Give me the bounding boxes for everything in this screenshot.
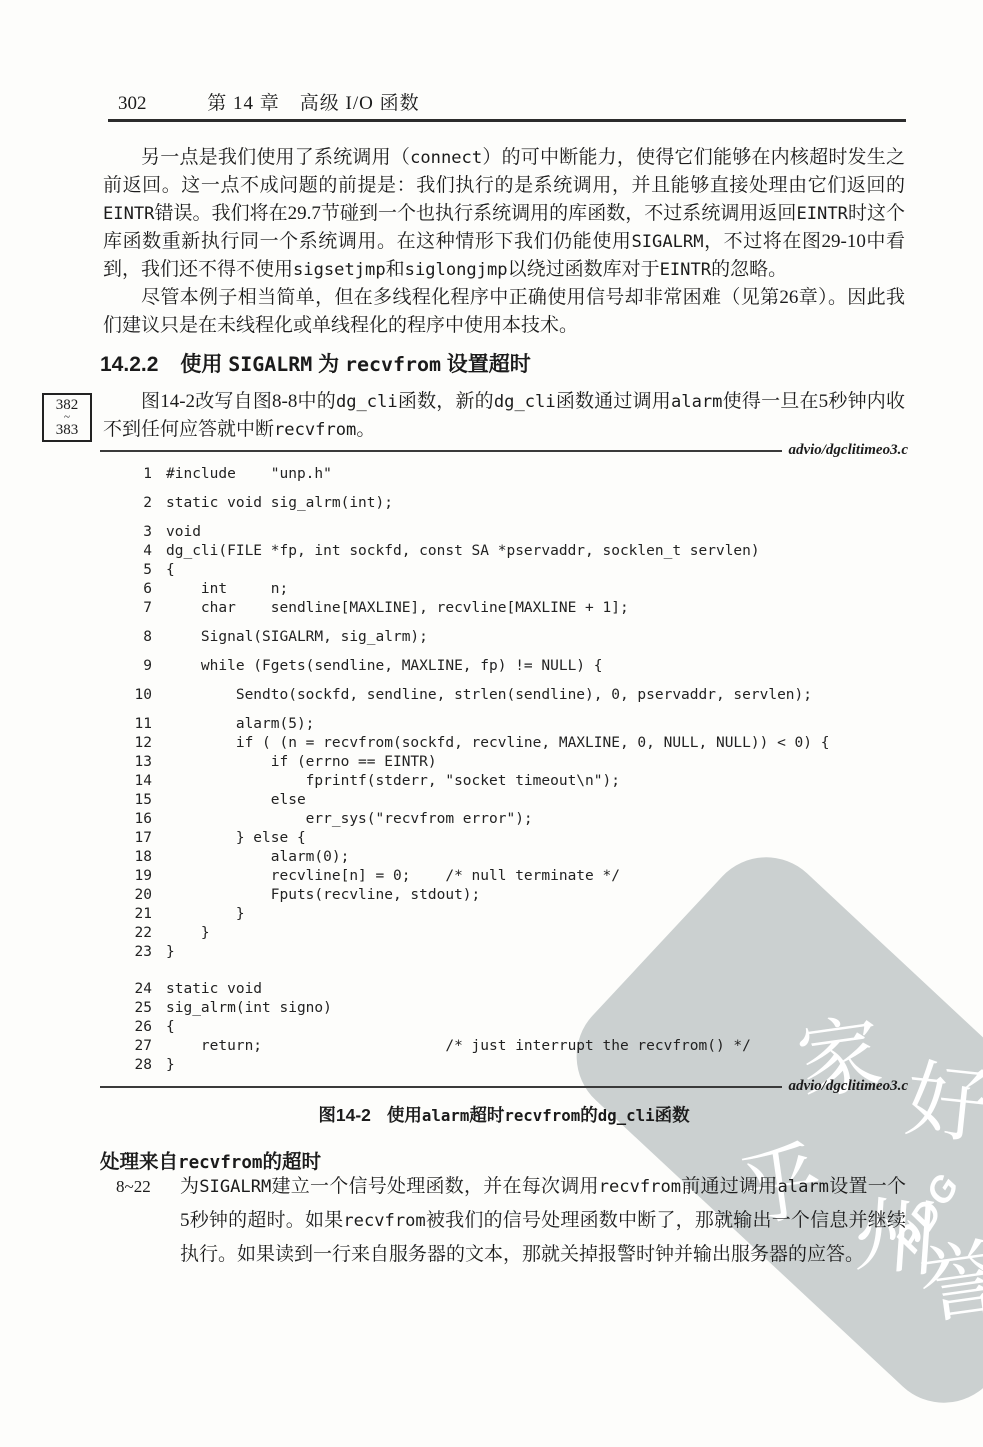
code-line-text: dg_cli(FILE *fp, int sockfd, const SA *p…	[166, 543, 760, 559]
code-line-text: Fputs(recvline, stdout);	[166, 887, 480, 903]
code-line-number: 7	[100, 600, 166, 616]
code-line: 26{	[100, 1019, 908, 1038]
code-line-text: recvline[n] = 0; /* null terminate */	[166, 868, 620, 884]
section-heading: 14.2.2使用 SIGALRM 为 recvfrom 设置超时	[100, 348, 531, 378]
listing-rule-bottom	[100, 1086, 782, 1088]
code-line-text: } else {	[166, 830, 306, 846]
code-line: 15 else	[100, 792, 908, 811]
watermark-seal-glyph: 好	[902, 1057, 983, 1149]
code-line: 21 }	[100, 906, 908, 925]
code-line-number: 1	[100, 466, 166, 482]
margin-note-bottom: 383	[56, 422, 79, 438]
code-line: 20 Fputs(recvline, stdout);	[100, 887, 908, 906]
code-line-text: alarm(0);	[166, 849, 349, 865]
code-line-number: 5	[100, 562, 166, 578]
figure-caption-label: 图14-2	[318, 1105, 371, 1125]
code-line-number: 17	[100, 830, 166, 846]
code-line: 6 int n;	[100, 581, 908, 600]
code-line: 11 alarm(5);	[100, 716, 908, 735]
paragraph-3: 图14-2改写自图8-8中的dg_cli函数，新的dg_cli函数通过调用ala…	[103, 388, 905, 444]
code-line-text: Sendto(sockfd, sendline, strlen(sendline…	[166, 687, 812, 703]
chapter-title: 第 14 章 高级 I/O 函数	[207, 93, 419, 114]
code-line-text: Signal(SIGALRM, sig_alrm);	[166, 629, 428, 645]
code-line-text: }	[166, 1057, 175, 1073]
listing-rule-top	[100, 450, 782, 452]
code-line-text: sig_alrm(int signo)	[166, 1000, 332, 1016]
code-line: 3void	[100, 524, 908, 543]
code-line-number: 21	[100, 906, 166, 922]
code-line: 1#include "unp.h"	[100, 466, 908, 485]
code-line-text: #include "unp.h"	[166, 466, 332, 482]
code-line: 12 if ( (n = recvfrom(sockfd, recvline, …	[100, 735, 908, 754]
listing-header: advio/dgclitimeo3.c	[100, 442, 908, 460]
code-line-number: 8	[100, 629, 166, 645]
margin-note-tilde: ~	[44, 413, 90, 422]
code-line-text: }	[166, 925, 210, 941]
code-line: 17 } else {	[100, 830, 908, 849]
code-line-text: char sendline[MAXLINE], recvline[MAXLINE…	[166, 600, 629, 616]
running-head: 302 第 14 章 高级 I/O 函数	[118, 88, 420, 115]
code-line: 28}	[100, 1057, 908, 1076]
code-line-text: return; /* just interrupt the recvfrom()…	[166, 1038, 751, 1054]
code-line-number: 20	[100, 887, 166, 903]
code-line-number: 16	[100, 811, 166, 827]
code-line: 5{	[100, 562, 908, 581]
code-line: 19 recvline[n] = 0; /* null terminate */	[100, 868, 908, 887]
code-line-number: 10	[100, 687, 166, 703]
margin-note: 382 ~ 383	[42, 393, 92, 442]
code-line: 4dg_cli(FILE *fp, int sockfd, const SA *…	[100, 543, 908, 562]
figure-caption: 图14-2使用alarm超时recvfrom的dg_cli函数	[100, 1102, 908, 1127]
code-line-text: alarm(5);	[166, 716, 314, 732]
code-line-number: 25	[100, 1000, 166, 1016]
section-title: 使用 SIGALRM 为 recvfrom 设置超时	[180, 353, 530, 376]
code-line-number: 19	[100, 868, 166, 884]
code-line: 9 while (Fgets(sendline, MAXLINE, fp) !=…	[100, 658, 908, 677]
code-line-text: err_sys("recvfrom error");	[166, 811, 533, 827]
code-line-number: 3	[100, 524, 166, 540]
code-line: 7 char sendline[MAXLINE], recvline[MAXLI…	[100, 600, 908, 619]
paragraph-2: 尽管本例子相当简单，但在多线程化程序中正确使用信号却非常困难（见第26章）。因此…	[103, 284, 905, 340]
code-line-number: 9	[100, 658, 166, 674]
code-line-text: fprintf(stderr, "socket timeout\n");	[166, 773, 620, 789]
listing-footer: advio/dgclitimeo3.c	[100, 1078, 908, 1096]
line-note-label: 8~22	[116, 1170, 164, 1271]
page-number: 302	[118, 93, 147, 114]
code-line-text: static void sig_alrm(int);	[166, 495, 393, 511]
code-line-number: 14	[100, 773, 166, 789]
code-line: 27 return; /* just interrupt the recvfro…	[100, 1038, 908, 1057]
code-line-number: 27	[100, 1038, 166, 1054]
code-line-number: 11	[100, 716, 166, 732]
listing-filename-top: advio/dgclitimeo3.c	[788, 442, 908, 459]
code-line-text: {	[166, 562, 175, 578]
code-line-text: }	[166, 906, 245, 922]
code-line-text: if ( (n = recvfrom(sockfd, recvline, MAX…	[166, 735, 829, 751]
code-line-number: 13	[100, 754, 166, 770]
line-note-text: 为SIGALRM建立一个信号处理函数，并在每次调用recvfrom前通过调用al…	[180, 1170, 906, 1271]
code-line-text: void	[166, 524, 201, 540]
header-rule	[108, 119, 906, 122]
code-line: 24static void	[100, 981, 908, 1000]
code-line-text: }	[166, 944, 175, 960]
code-line-number: 15	[100, 792, 166, 808]
code-line: 2static void sig_alrm(int);	[100, 495, 908, 514]
code-line-number: 18	[100, 849, 166, 865]
code-line-number: 26	[100, 1019, 166, 1035]
code-line: 8 Signal(SIGALRM, sig_alrm);	[100, 629, 908, 648]
code-listing: advio/dgclitimeo3.c 1#include "unp.h"2st…	[100, 442, 908, 1096]
code-line-text: {	[166, 1019, 175, 1035]
code-line: 22 }	[100, 925, 908, 944]
line-note: 8~22 为SIGALRM建立一个信号处理函数，并在每次调用recvfrom前通…	[100, 1170, 906, 1271]
code-line-number: 6	[100, 581, 166, 597]
code-line-text: else	[166, 792, 306, 808]
code-line: 18 alarm(0);	[100, 849, 908, 868]
code-lines: 1#include "unp.h"2static void sig_alrm(i…	[100, 466, 908, 1076]
code-line-text: while (Fgets(sendline, MAXLINE, fp) != N…	[166, 658, 603, 674]
code-line: 16 err_sys("recvfrom error");	[100, 811, 908, 830]
code-line-number: 28	[100, 1057, 166, 1073]
code-line: 13 if (errno == EINTR)	[100, 754, 908, 773]
code-line-number: 22	[100, 925, 166, 941]
code-line: 14 fprintf(stderr, "socket timeout\n");	[100, 773, 908, 792]
code-line-text: if (errno == EINTR)	[166, 754, 437, 770]
code-line: 23}	[100, 944, 908, 963]
listing-filename-bottom: advio/dgclitimeo3.c	[788, 1078, 908, 1095]
code-line: 25sig_alrm(int signo)	[100, 1000, 908, 1019]
figure-caption-text: 使用alarm超时recvfrom的dg_cli函数	[387, 1105, 690, 1125]
paragraph-1: 另一点是我们使用了系统调用（connect）的可中断能力，使得它们能够在内核超时…	[103, 144, 905, 284]
code-line-number: 24	[100, 981, 166, 997]
code-line-number: 23	[100, 944, 166, 960]
section-number: 14.2.2	[100, 353, 158, 376]
code-line-number: 2	[100, 495, 166, 511]
code-line: 10 Sendto(sockfd, sendline, strlen(sendl…	[100, 687, 908, 706]
code-line-text: static void	[166, 981, 262, 997]
book-page: 家 好 乎 州 誉 PDG 302 第 14 章 高级 I/O 函数 另一点是我…	[0, 0, 983, 1447]
code-line-number: 12	[100, 735, 166, 751]
code-line-text: int n;	[166, 581, 288, 597]
code-line-number: 4	[100, 543, 166, 559]
